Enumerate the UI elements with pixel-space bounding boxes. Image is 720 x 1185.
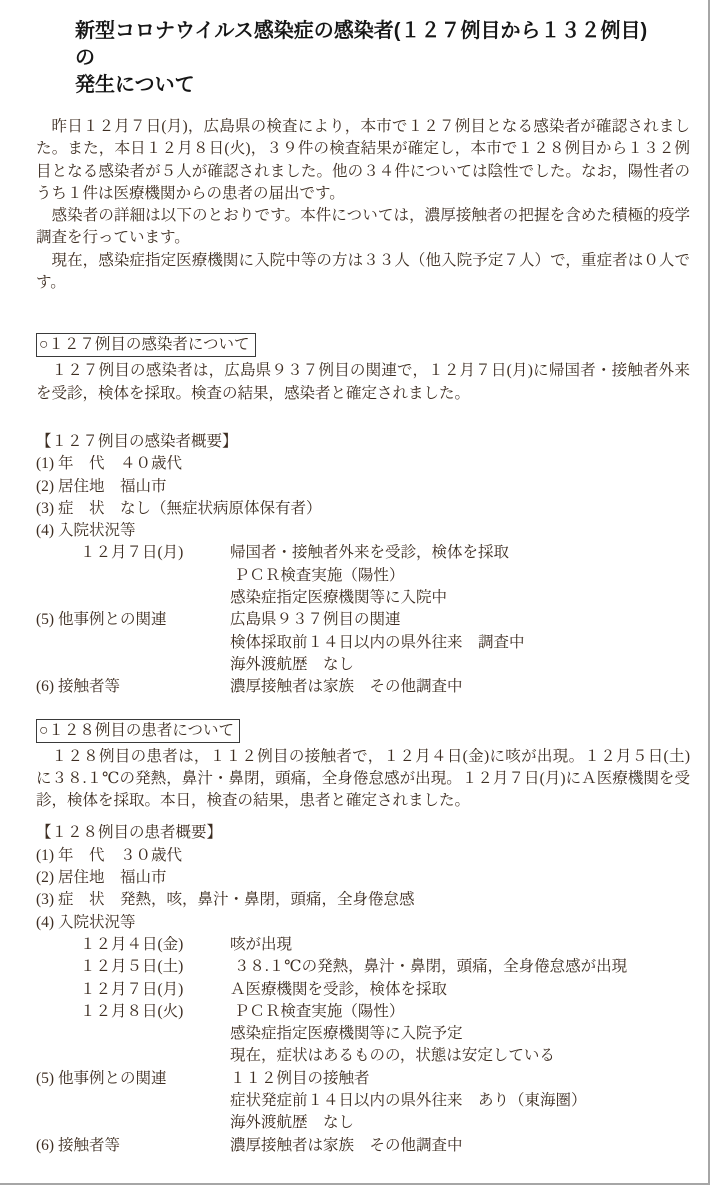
summary-row: １２月７日(月)Ａ医療機関を受診，検体を採取	[36, 979, 690, 1001]
row-value: 帰国者・接触者外来を受診，検体を採取	[230, 542, 690, 564]
row-label: (2) 居住地	[36, 867, 104, 889]
summary-row: (1) 年 代３０歳代	[36, 845, 690, 867]
row-label: (6) 接触者等	[36, 676, 230, 698]
row-value: ＰＣＲ検査実施（陽性）	[230, 565, 690, 587]
row-label: １２月７日(月)	[36, 542, 230, 564]
case-128-summary-title: 【１２８例目の患者概要】	[36, 822, 690, 844]
row-value: 咳が出現	[230, 934, 690, 956]
summary-row: １２月７日(月)帰国者・接触者外来を受診，検体を採取	[36, 542, 690, 564]
row-label: (1) 年 代	[36, 453, 104, 475]
case-128-section: ○１２８例目の患者について １２８例目の患者は，１１２例目の接触者で，１２月４日…	[36, 719, 690, 1157]
row-label: (3) 症 状	[36, 498, 104, 520]
row-value: なし（無症状病原体保有者）	[120, 498, 322, 520]
summary-row: １２月５日(土) ３８.１℃の発熱，鼻汁・鼻閉，頭痛，全身倦怠感が出現	[36, 956, 690, 978]
row-label: １２月７日(月)	[36, 979, 230, 1001]
row-label: (5) 他事例との関連	[36, 1068, 230, 1090]
summary-row: 感染症指定医療機関等に入院中	[36, 587, 690, 609]
page-title: 新型コロナウイルス感染症の感染者(１２７例目から１３２例目)の発生について	[75, 18, 660, 99]
row-label: (1) 年 代	[36, 845, 104, 867]
summary-row: １２月４日(金)咳が出現	[36, 934, 690, 956]
summary-row: (5) 他事例との関連広島県９３７例目の関連	[36, 609, 690, 631]
row-value: 海外渡航歴 なし	[230, 654, 690, 676]
summary-row: 感染症指定医療機関等に入院予定	[36, 1023, 690, 1045]
summary-row: 症状発症前１４日以内の県外往来 あり（東海圏）	[36, 1090, 690, 1112]
row-value: ＰＣＲ検査実施（陽性）	[230, 1001, 690, 1023]
summary-row: (2) 居住地福山市	[36, 867, 690, 889]
case-127-body: １２７例目の感染者は，広島県９３７例目の関連で，１２月７日(月)に帰国者・接触者…	[36, 360, 690, 405]
row-value: 濃厚接触者は家族 その他調査中	[230, 676, 690, 698]
intro-paragraph-2: 感染者の詳細は以下のとおりです。本件については，濃厚接触者の把握を含めた積極的疫…	[36, 205, 690, 250]
case-127-summary-title: 【１２７例目の感染者概要】	[36, 431, 690, 453]
row-label: １２月４日(金)	[36, 934, 230, 956]
row-value: 福山市	[120, 867, 167, 889]
summary-row: 現在，症状はあるものの，状態は安定している	[36, 1045, 690, 1067]
summary-row: (3) 症 状なし（無症状病原体保有者）	[36, 498, 690, 520]
case-127-heading: ○１２７例目の感染者について	[36, 333, 256, 357]
row-value: 感染症指定医療機関等に入院予定	[230, 1023, 690, 1045]
row-value: ４０歳代	[120, 453, 182, 475]
row-label: (4) 入院状況等	[36, 912, 135, 934]
summary-row: ＰＣＲ検査実施（陽性）	[36, 565, 690, 587]
summary-row: 海外渡航歴 なし	[36, 1112, 690, 1134]
summary-row: (4) 入院状況等	[36, 520, 690, 542]
row-label: (4) 入院状況等	[36, 520, 135, 542]
row-value: １１２例目の接触者	[230, 1068, 690, 1090]
summary-row: 海外渡航歴 なし	[36, 654, 690, 676]
case-127-section: ○１２７例目の感染者について １２７例目の感染者は，広島県９３７例目の関連で，１…	[36, 333, 690, 698]
document-content: 新型コロナウイルス感染症の感染者(１２７例目から１３２例目)の発生について 昨日…	[0, 0, 708, 1183]
row-value: 海外渡航歴 なし	[230, 1112, 690, 1134]
row-value: 広島県９３７例目の関連	[230, 609, 690, 631]
row-label: (3) 症 状	[36, 889, 104, 911]
summary-row: (1) 年 代４０歳代	[36, 453, 690, 475]
intro-paragraph-1: 昨日１２月７日(月)，広島県の検査により，本市で１２７例目となる感染者が確認され…	[36, 116, 690, 205]
row-value: 感染症指定医療機関等に入院中	[230, 587, 690, 609]
row-label: １２月８日(火)	[36, 1001, 230, 1023]
page-title-line2: 発生について	[75, 74, 195, 96]
row-value: ３８.１℃の発熱，鼻汁・鼻閉，頭痛，全身倦怠感が出現	[230, 956, 690, 978]
case-128-heading: ○１２８例目の患者について	[36, 719, 240, 743]
row-value: 濃厚接触者は家族 その他調査中	[230, 1135, 690, 1157]
row-value: 検体採取前１４日以内の県外往来 調査中	[230, 632, 690, 654]
row-value: 福山市	[120, 476, 167, 498]
intro-paragraph-3: 現在，感染症指定医療機関に入院中等の方は３３人（他入院予定７人）で，重症者は０人…	[36, 250, 690, 295]
row-label: (5) 他事例との関連	[36, 609, 230, 631]
row-value: ３０歳代	[120, 845, 182, 867]
row-label: (6) 接触者等	[36, 1135, 230, 1157]
row-value: 発熱，咳，鼻汁・鼻閉，頭痛，全身倦怠感	[120, 889, 415, 911]
summary-row: 検体採取前１４日以内の県外往来 調査中	[36, 632, 690, 654]
summary-row: (3) 症 状発熱，咳，鼻汁・鼻閉，頭痛，全身倦怠感	[36, 889, 690, 911]
summary-row: (5) 他事例との関連１１２例目の接触者	[36, 1068, 690, 1090]
summary-row: １２月８日(火) ＰＣＲ検査実施（陽性）	[36, 1001, 690, 1023]
page-title-line1: 新型コロナウイルス感染症の感染者(１２７例目から１３２例目)の	[75, 20, 647, 69]
summary-row: (4) 入院状況等	[36, 912, 690, 934]
summary-row: (6) 接触者等濃厚接触者は家族 その他調査中	[36, 1135, 690, 1157]
summary-row: (6) 接触者等濃厚接触者は家族 その他調査中	[36, 676, 690, 698]
row-value: Ａ医療機関を受診，検体を採取	[230, 979, 690, 1001]
intro-section: 昨日１２月７日(月)，広島県の検査により，本市で１２７例目となる感染者が確認され…	[36, 116, 690, 294]
row-value: 症状発症前１４日以内の県外往来 あり（東海圏）	[230, 1090, 690, 1112]
case-128-body: １２８例目の患者は，１１２例目の接触者で，１２月４日(金)に咳が出現。１２月５日…	[36, 746, 690, 813]
summary-row: (2) 居住地福山市	[36, 476, 690, 498]
document-page: 新型コロナウイルス感染症の感染者(１２７例目から１３２例目)の発生について 昨日…	[0, 0, 710, 1185]
row-value: 現在，症状はあるものの，状態は安定している	[230, 1045, 690, 1067]
row-label: １２月５日(土)	[36, 956, 230, 978]
case-127-summary: 【１２７例目の感染者概要】 (1) 年 代４０歳代 (2) 居住地福山市 (3)…	[36, 431, 690, 699]
case-128-summary: 【１２８例目の患者概要】 (1) 年 代３０歳代 (2) 居住地福山市 (3) …	[36, 822, 690, 1156]
row-label: (2) 居住地	[36, 476, 104, 498]
